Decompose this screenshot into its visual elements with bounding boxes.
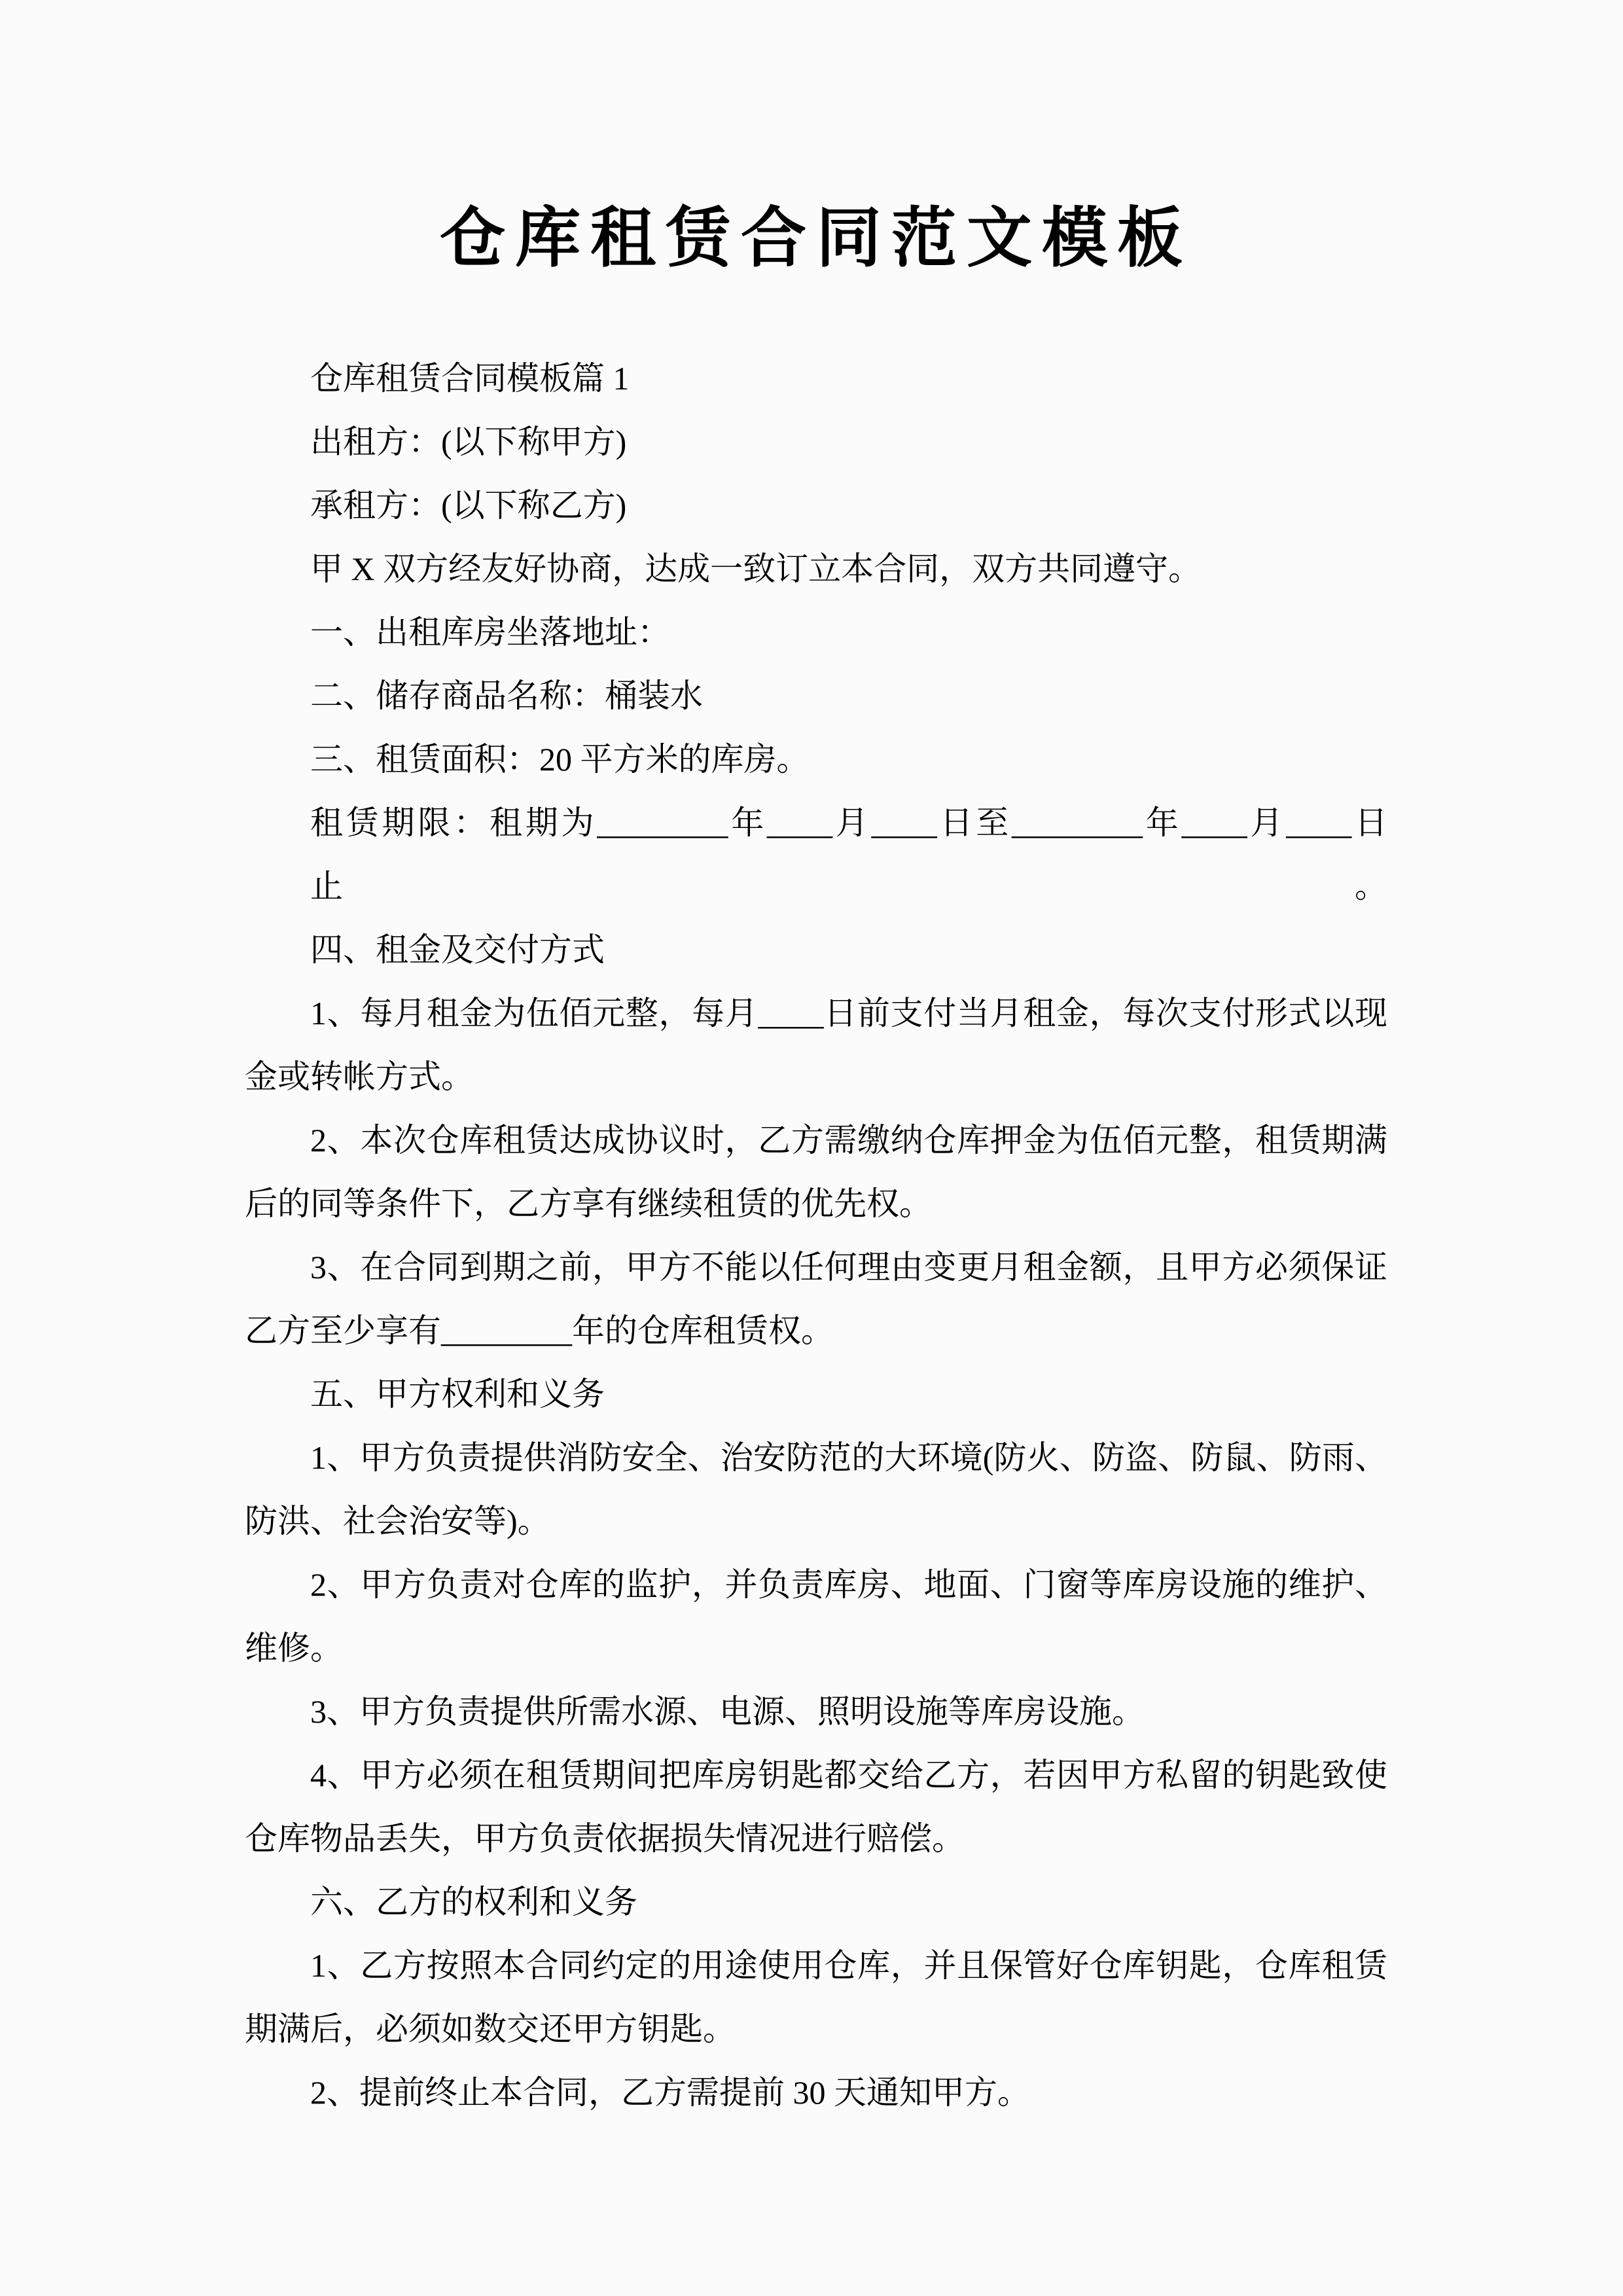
text-line: 2、提前终止本合同，乙方需提前 30 天通知甲方。: [245, 2061, 1387, 2125]
text-line: 仓库租赁合同模板篇 1: [245, 347, 1387, 410]
text-line: 防洪、社会治安等)。: [245, 1490, 1387, 1553]
text-line: 4、甲方必须在租赁期间把库房钥匙都交给乙方，若因甲方私留的钥匙致使: [245, 1744, 1387, 1807]
text-line: 3、在合同到期之前，甲方不能以任何理由变更月租金额，且甲方必须保证: [245, 1236, 1387, 1299]
text-line: 二、储存商品名称：桶装水: [245, 664, 1387, 728]
text-line: 四、租金及交付方式: [245, 918, 1387, 982]
text-line: 三、租赁面积：20 平方米的库房。: [245, 728, 1387, 791]
text-line: 仓库物品丢失，甲方负责依据损失情况进行赔偿。: [245, 1807, 1387, 1871]
text-line: 承租方：(以下称乙方): [245, 474, 1387, 537]
text-line: 维修。: [245, 1617, 1387, 1680]
text-line: 金或转帐方式。: [245, 1045, 1387, 1109]
text-line: 2、甲方负责对仓库的监护，并负责库房、地面、门窗等库房设施的维护、: [245, 1553, 1387, 1617]
text-line: 租赁期限：租期为________年____月____日至________年___…: [245, 791, 1387, 918]
text-line: 甲 X 双方经友好协商，达成一致订立本合同，双方共同遵守。: [245, 537, 1387, 601]
text-line: 1、甲方负责提供消防安全、治安防范的大环境(防火、防盗、防鼠、防雨、: [245, 1426, 1387, 1490]
text-line: 后的同等条件下，乙方享有继续租赁的优先权。: [245, 1172, 1387, 1236]
document-page: 仓库租赁合同范文模板 仓库租赁合同模板篇 1出租方：(以下称甲方)承租方：(以下…: [0, 0, 1623, 2296]
text-line: 五、甲方权利和义务: [245, 1363, 1387, 1426]
text-line: 期满后，必须如数交还甲方钥匙。: [245, 1998, 1387, 2061]
text-line: 乙方至少享有________年的仓库租赁权。: [245, 1299, 1387, 1363]
text-line: 1、乙方按照本合同约定的用途使用仓库，并且保管好仓库钥匙，仓库租赁: [245, 1934, 1387, 1998]
text-line: 2、本次仓库租赁达成协议时，乙方需缴纳仓库押金为伍佰元整，租赁期满: [245, 1109, 1387, 1172]
text-line: 出租方：(以下称甲方): [245, 410, 1387, 474]
text-line: 一、出租库房坐落地址：: [245, 601, 1387, 664]
document-body: 仓库租赁合同模板篇 1出租方：(以下称甲方)承租方：(以下称乙方)甲 X 双方经…: [245, 347, 1387, 2125]
text-line: 六、乙方的权利和义务: [245, 1871, 1387, 1934]
text-line: 3、甲方负责提供所需水源、电源、照明设施等库房设施。: [245, 1680, 1387, 1744]
document-title: 仓库租赁合同范文模板: [245, 196, 1387, 281]
text-line: 1、每月租金为伍佰元整，每月____日前支付当月租金，每次支付形式以现: [245, 982, 1387, 1045]
